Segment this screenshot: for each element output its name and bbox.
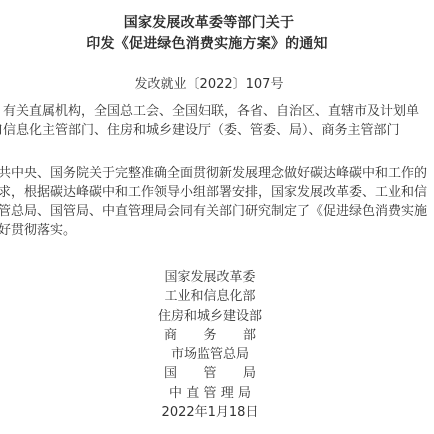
addressee-paragraph: 、有关直属机构，全国总工会、全国妇联，各省、自治区、直辖市及计划单 口信息化主管… xyxy=(0,102,419,140)
signatory-char: 商 xyxy=(164,326,177,345)
signatory-char: 中 xyxy=(169,384,182,403)
signatory-mofcom: 商 务 部 xyxy=(164,326,256,345)
addressee-line: 、有关直属机构，全国总工会、全国妇联，各省、自治区、直辖市及计划单 xyxy=(0,102,419,121)
body-line: 求，根据碳达峰碳中和工作领导小组部署安排，国家发展改革委、工业和信 xyxy=(0,183,427,202)
document-title-line-2: 印发《促进绿色消费实施方案》的通知 xyxy=(0,33,424,53)
addressee-line: 口信息化主管部门、住房和城乡建设厅（委、管委、局）、商务主管部门 xyxy=(0,121,419,140)
signatory-char: 国 xyxy=(164,364,177,383)
signatory-block: 国家发展改革委 工业和信息化部 住房和城乡建设部 商 务 部 市场监管总局 国 … xyxy=(0,268,434,422)
body-line: 管总局、国管局、中直管理局会同有关部门研究制定了《促进绿色消费实施 xyxy=(0,202,427,221)
signatory-char: 局 xyxy=(238,384,251,403)
signatory-char: 直 xyxy=(186,384,199,403)
notice-document: 国家发展改革委等部门关于 印发《促进绿色消费实施方案》的通知 发改就业〔2022… xyxy=(0,0,434,434)
signatory-mohurd: 住房和城乡建设部 xyxy=(0,307,427,326)
signatory-char: 管 xyxy=(203,384,216,403)
signatory-char: 管 xyxy=(203,364,216,383)
issue-date: 2022年1月18日 xyxy=(0,403,427,422)
signatory-char: 理 xyxy=(221,384,234,403)
signatory-char: 局 xyxy=(243,364,256,383)
signatory-char: 部 xyxy=(243,326,256,345)
body-line: 好贯彻落实。 xyxy=(0,221,427,240)
document-number: 发改就业〔2022〕107号 xyxy=(0,73,426,92)
signatory-samr: 市场监管总局 xyxy=(0,345,427,364)
signatory-char: 务 xyxy=(203,326,216,345)
body-paragraph: 共中央、国务院关于完整准确全面贯彻新发展理念做好碳达峰碳中和工作的 求，根据碳达… xyxy=(0,164,427,240)
body-line: 共中央、国务院关于完整准确全面贯彻新发展理念做好碳达峰碳中和工作的 xyxy=(0,164,427,183)
signatory-zzglj: 中 直 管 理 局 xyxy=(169,384,251,403)
signatory-ggj: 国 管 局 xyxy=(164,364,256,383)
signatory-ndrc: 国家发展改革委 xyxy=(0,268,427,287)
document-title-line-1: 国家发展改革委等部门关于 xyxy=(0,12,426,32)
signatory-miit: 工业和信息化部 xyxy=(0,287,427,306)
